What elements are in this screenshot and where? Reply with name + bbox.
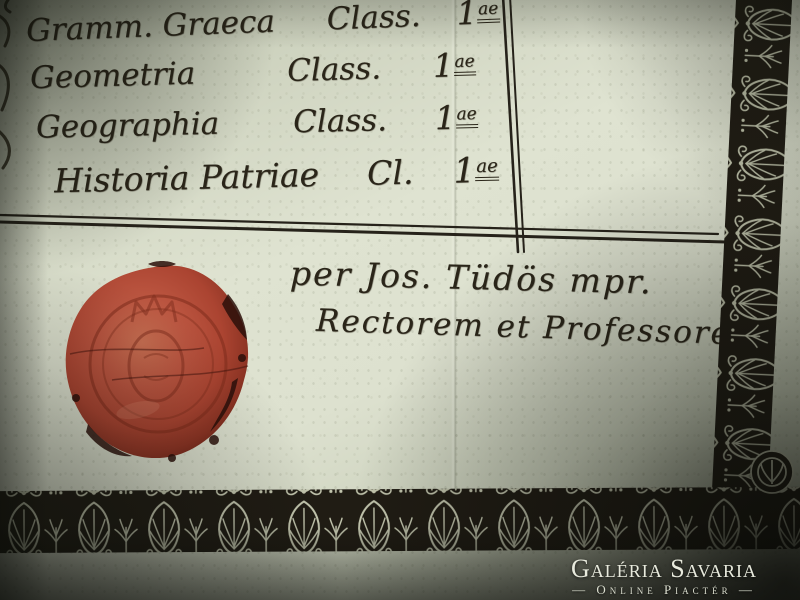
table-row: Gramm. GraecaClass.1ae bbox=[25, 0, 500, 50]
class-label: Cl. bbox=[367, 153, 414, 193]
grade-suffix: ae bbox=[453, 53, 476, 76]
cut-off-script-fragment bbox=[0, 0, 10, 168]
signature-line: per Jos. Tüdös mpr. bbox=[290, 254, 654, 302]
wax-seal bbox=[52, 258, 272, 482]
watermark-title: Galéria Savaria bbox=[530, 555, 798, 582]
grade-suffix: ae bbox=[475, 158, 499, 182]
class-label: Class. bbox=[287, 50, 382, 89]
table-row: GeographiaClass.1ae bbox=[36, 98, 479, 146]
grade-mark: 1ae bbox=[453, 151, 500, 192]
grade-suffix: ae bbox=[455, 106, 478, 129]
grade-numeral: 1 bbox=[456, 0, 478, 33]
subject-text: Historia Patriae bbox=[54, 155, 320, 200]
grade-mark: 1ae bbox=[456, 0, 500, 34]
grade-mark: 1ae bbox=[432, 46, 476, 86]
right-border-band bbox=[712, 0, 793, 501]
watermark-subtitle: — Online Piactér — bbox=[530, 582, 798, 598]
class-label: Class. bbox=[326, 0, 421, 38]
grade-numeral: 1 bbox=[434, 99, 456, 137]
subject-text: Gramm. Graeca bbox=[26, 4, 276, 50]
class-label: Class. bbox=[293, 102, 388, 140]
table-row: GeometriaClass.1ae bbox=[30, 46, 477, 97]
table-row: Historia PatriaeCl.1ae bbox=[54, 151, 500, 202]
grade-numeral: 1 bbox=[432, 46, 454, 85]
signature-title-line: Rectorem et Professorem. bbox=[316, 303, 775, 353]
document-photo: Gramm. GraecaClass.1ae GeometriaClass.1a… bbox=[0, 0, 800, 600]
subject-text: Geographia bbox=[36, 106, 220, 146]
bottom-border-band bbox=[0, 487, 800, 553]
gallery-watermark: Galéria Savaria — Online Piactér — bbox=[530, 555, 798, 598]
grade-numeral: 1 bbox=[453, 151, 476, 192]
corner-rosette bbox=[751, 451, 793, 493]
grade-suffix: ae bbox=[477, 1, 500, 24]
grade-mark: 1ae bbox=[434, 98, 478, 138]
subject-text: Geometria bbox=[30, 56, 196, 97]
